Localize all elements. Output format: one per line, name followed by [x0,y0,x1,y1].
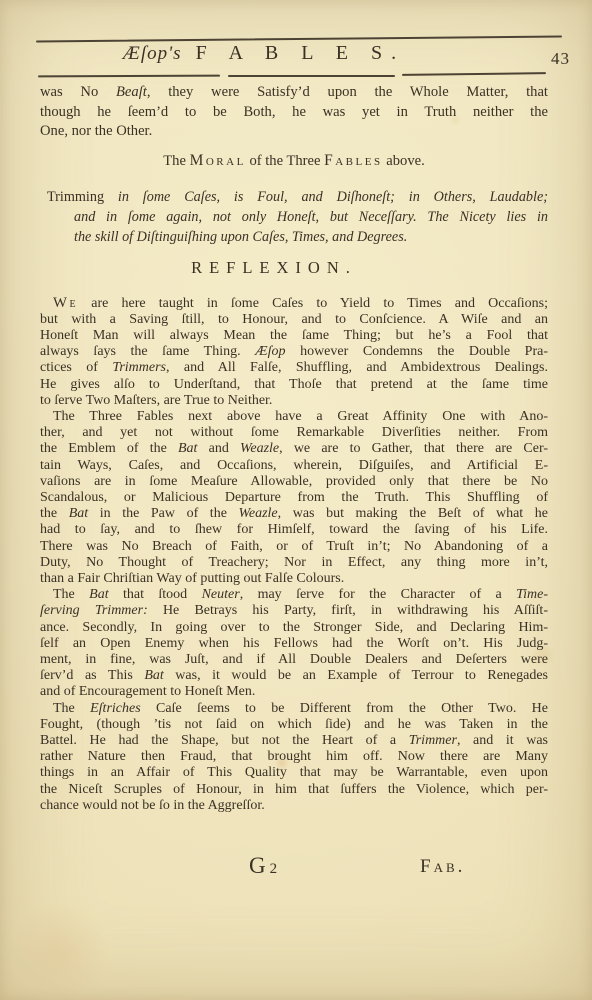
text-line: but with a Saving ſtill, to Honour, and … [40,312,548,328]
text-line: tain Ways, Caſes, and Occaſions, wherein… [40,458,548,474]
signature-number: 2 [270,861,278,877]
text-line: things in an Affair of This Quality that… [40,765,548,781]
text-line: The Bat that ſtood Neuter, may ſerve for… [40,587,548,603]
text-line: the Bat in the Paw of the Weazle, was bu… [40,506,548,522]
header-rule-bottom-segment [228,75,395,77]
running-head-title-italic: Æſop's [123,43,182,64]
text-line: though he ſeem’d to be Both, he was yet … [40,103,548,123]
book-page-scan: Æſop'sF A B L E S. 43 was No Beaſt, they… [0,0,592,1000]
paragraph: We are here taught in ſome Caſes to Yiel… [40,295,548,409]
catchword: Fab. [420,856,465,878]
paragraph: Trimming in ſome Caſes, is Foul, and Diſ… [40,187,548,247]
text-line: rather Nature then Fraud, that brought h… [40,749,548,765]
running-head-title-caps: F A B L E S. [196,42,406,64]
text-line: The Three Fables next above have a Great… [40,409,548,425]
moral-heading: The Moral of the Three Fables above. [40,152,548,170]
signature-letter: G [249,853,266,878]
text-line: Trimming in ſome Caſes, is Foul, and Diſ… [40,187,548,207]
text-line: and of Encouragement to Honeſt Men. [40,684,548,700]
paragraph: The Bat that ſtood Neuter, may ſerve for… [40,587,548,700]
paragraph: The Three Fables next above have a Great… [40,409,548,587]
text-line: ance. Secondly, In going over to the Str… [40,620,548,636]
text-line: the Emblem of the Bat and Weazle, we are… [40,441,548,457]
page-number: 43 [551,49,570,69]
text-line: Battel. He had the Shape, but not the He… [40,733,548,749]
text-line: Fought, (though ’tis not ſaid on which ſ… [40,717,548,733]
text-line: There was No Breach of Faith, or of Truſ… [40,539,548,555]
text-line: to ſerve Two Maſters, are True to Neithe… [40,393,548,409]
header-rule-bottom-segment [402,72,546,75]
text-line: Scandalous, or Malicious Departure from … [40,490,548,506]
text-line: was No Beaſt, they were Satisfy’d upon t… [40,83,548,103]
text-line: vaſions are in ſome Meaſure Allowable, p… [40,474,548,490]
paragraph: The Eſtriches Caſe ſeems to be Different… [40,701,548,814]
text-line: ſerv’d as This Bat was, it would be an E… [40,668,548,684]
page-text-block: was No Beaſt, they were Satisfy’d upon t… [40,83,548,814]
text-line: and in ſome again, not only Honeſt, but … [40,207,548,227]
text-line: He gives alſo to Underſtand, that Thoſe … [40,377,548,393]
text-line: ment, in fine, was Juſt, and if All Doub… [40,652,548,668]
signature-mark: G2 [249,853,277,879]
page-footer: G2 Fab. [0,853,592,893]
text-line: ſerving Trimmer: He Betrays his Party, f… [40,603,548,619]
text-line: Honeſt Man will always Mean the ſame Thi… [40,328,548,344]
text-line: chance would not be ſo in the Aggreſſor. [40,798,548,814]
section-heading: REFLEXION. [40,258,548,278]
paragraph: was No Beaſt, they were Satisfy’d upon t… [40,83,548,142]
text-line: One, nor the Other. [40,122,548,142]
text-line: ſelf an Open Enemy when his Fellows had … [40,636,548,652]
text-line: We are here taught in ſome Caſes to Yiel… [40,295,548,312]
text-line: ther, and yet not without ſome Remarkabl… [40,425,548,441]
running-head: Æſop'sF A B L E S. [0,42,592,65]
text-line: Duty, No Thought of Treachery; Nor in Ef… [40,555,548,571]
text-line: the skill of Diſtinguiſhing upon Caſes, … [40,227,548,247]
text-line: ctices of Trimmers, and All Falſe, Shuff… [40,360,548,376]
text-line: had to ſay, and to ſhew for Himſelf, tow… [40,522,548,538]
text-line: The Eſtriches Caſe ſeems to be Different… [40,701,548,717]
text-line: always ſays the ſame Thing. Æſop however… [40,344,548,360]
text-line: the Niceſt Scruples of Honour, in him th… [40,782,548,798]
header-rule-bottom-segment [38,75,220,77]
text-line: than a Fair Chriſtian Way of putting out… [40,571,548,587]
